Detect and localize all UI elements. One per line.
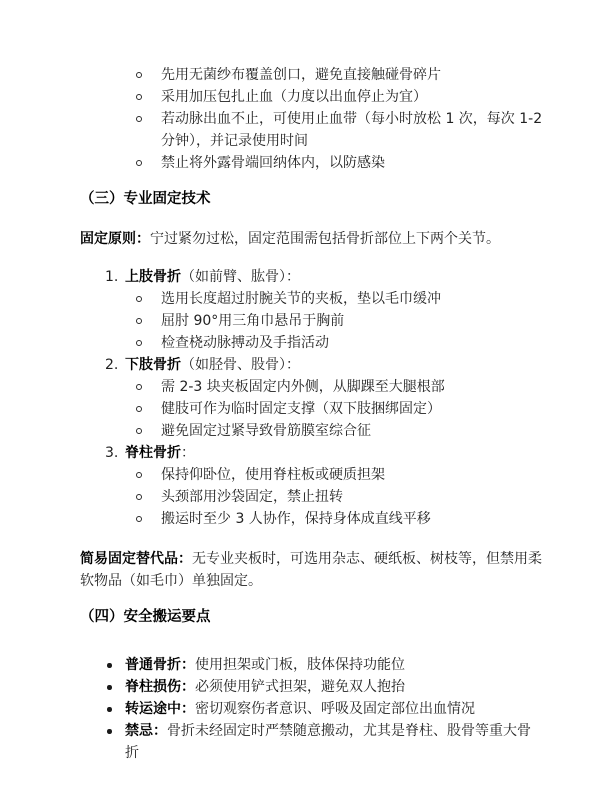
list-item-text: 检查桡动脉搏动及手指活动 <box>161 332 544 354</box>
numbered-item-spine: 3. 脊柱骨折： 保持仰卧位，使用脊柱板或硬质担架 头颈部用沙袋固定，禁止扭转 … <box>80 442 544 530</box>
item-number: 2. <box>105 354 125 376</box>
circle-bullet-icon <box>136 86 161 108</box>
circle-bullet-icon <box>136 332 161 354</box>
disc-bullet-icon <box>107 698 125 720</box>
list-item-text: 搬运时至少 3 人协作，保持身体成直线平移 <box>161 508 544 530</box>
circle-bullet-icon <box>136 464 161 486</box>
item-title-suffix: （如胫骨、股骨）： <box>181 357 300 373</box>
disc-bullet-icon <box>107 720 125 742</box>
list-item-text: 脊柱损伤：必须使用铲式担架，避免双人抱抬 <box>125 676 544 698</box>
circle-bullet-icon <box>136 376 161 398</box>
list-item-text: 需 2-3 块夹板固定内外侧，从脚踝至大腿根部 <box>161 376 544 398</box>
list-item: 屈肘 90°用三角巾悬吊于胸前 <box>80 310 544 332</box>
list-item: 头颈部用沙袋固定，禁止扭转 <box>80 486 544 508</box>
item-title-bold: 脊柱骨折 <box>125 445 181 461</box>
section-heading-fixation: （三）专业固定技术 <box>80 188 544 210</box>
upper-limb-sub-list: 选用长度超过肘腕关节的夹板，垫以毛巾缓冲 屈肘 90°用三角巾悬吊于胸前 检查桡… <box>80 288 544 354</box>
list-item-text: 若动脉出血不止，可使用止血带（每小时放松 1 次，每次 1-2 分钟），并记录使… <box>161 108 544 152</box>
item-number: 3. <box>105 442 125 464</box>
list-item-text: 禁止将外露骨端回纳体内，以防感染 <box>161 152 544 174</box>
list-item-body: 密切观察伤者意识、呼吸及固定部位出血情况 <box>195 701 475 717</box>
list-item-text: 健肢可作为临时固定支撑（双下肢捆绑固定） <box>161 398 544 420</box>
substitute-label: 简易固定替代品： <box>80 551 192 567</box>
list-item: 避免固定过紧导致骨筋膜室综合征 <box>80 420 544 442</box>
list-item: 需 2-3 块夹板固定内外侧，从脚踝至大腿根部 <box>80 376 544 398</box>
list-item-body: 使用担架或门板，肢体保持功能位 <box>195 657 405 673</box>
list-item: 先用无菌纱布覆盖创口，避免直接触碰骨碎片 <box>80 64 544 86</box>
item-title: 脊柱骨折： <box>125 442 544 464</box>
circle-bullet-icon <box>136 310 161 332</box>
list-item: 脊柱损伤：必须使用铲式担架，避免双人抱抬 <box>80 676 544 698</box>
item-title-bold: 上肢骨折 <box>125 269 181 285</box>
list-item: 采用加压包扎止血（力度以出血停止为宜） <box>80 86 544 108</box>
list-item-text: 禁忌：骨折未经固定时严禁随意搬动，尤其是脊柱、股骨等重大骨折 <box>125 720 544 764</box>
fixation-principle-text: 宁过紧勿过松，固定范围需包括骨折部位上下两个关节。 <box>150 231 500 247</box>
list-item: 普通骨折：使用担架或门板，肢体保持功能位 <box>80 654 544 676</box>
numbered-item-upper-limb: 1. 上肢骨折（如前臂、肱骨）： 选用长度超过肘腕关节的夹板，垫以毛巾缓冲 屈肘… <box>80 266 544 354</box>
item-title: 下肢骨折（如胫骨、股骨）： <box>125 354 544 376</box>
item-title-suffix: ： <box>181 445 195 461</box>
numbered-item-heading: 3. 脊柱骨折： <box>80 442 544 464</box>
list-item-text: 转运途中：密切观察伤者意识、呼吸及固定部位出血情况 <box>125 698 544 720</box>
disc-bullet-icon <box>107 654 125 676</box>
transport-bullet-list: 普通骨折：使用担架或门板，肢体保持功能位 脊柱损伤：必须使用铲式担架，避免双人抱… <box>80 654 544 764</box>
list-item-body: 骨折未经固定时严禁随意搬动，尤其是脊柱、股骨等重大骨折 <box>125 723 531 761</box>
list-item-text: 先用无菌纱布覆盖创口，避免直接触碰骨碎片 <box>161 64 544 86</box>
item-title-bold: 下肢骨折 <box>125 357 181 373</box>
list-item-label: 普通骨折： <box>125 657 195 673</box>
circle-bullet-icon <box>136 398 161 420</box>
item-title: 上肢骨折（如前臂、肱骨）： <box>125 266 544 288</box>
fracture-type-list: 1. 上肢骨折（如前臂、肱骨）： 选用长度超过肘腕关节的夹板，垫以毛巾缓冲 屈肘… <box>80 266 544 530</box>
disc-bullet-icon <box>107 676 125 698</box>
numbered-item-heading: 1. 上肢骨折（如前臂、肱骨）： <box>80 266 544 288</box>
list-item: 禁止将外露骨端回纳体内，以防感染 <box>80 152 544 174</box>
fixation-principle-paragraph: 固定原则：宁过紧勿过松，固定范围需包括骨折部位上下两个关节。 <box>80 228 544 250</box>
lower-limb-sub-list: 需 2-3 块夹板固定内外侧，从脚踝至大腿根部 健肢可作为临时固定支撑（双下肢捆… <box>80 376 544 442</box>
list-item: 转运途中：密切观察伤者意识、呼吸及固定部位出血情况 <box>80 698 544 720</box>
circle-bullet-icon <box>136 108 161 130</box>
list-item-label: 脊柱损伤： <box>125 679 195 695</box>
numbered-item-heading: 2. 下肢骨折（如胫骨、股骨）： <box>80 354 544 376</box>
list-item: 搬运时至少 3 人协作，保持身体成直线平移 <box>80 508 544 530</box>
circle-bullet-icon <box>136 64 161 86</box>
list-item-text: 采用加压包扎止血（力度以出血停止为宜） <box>161 86 544 108</box>
list-item-text: 屈肘 90°用三角巾悬吊于胸前 <box>161 310 544 332</box>
list-item: 禁忌：骨折未经固定时严禁随意搬动，尤其是脊柱、股骨等重大骨折 <box>80 720 544 764</box>
list-item-body: 必须使用铲式担架，避免双人抱抬 <box>195 679 405 695</box>
item-number: 1. <box>105 266 125 288</box>
circle-bullet-icon <box>136 486 161 508</box>
fixation-principle-label: 固定原则： <box>80 231 150 247</box>
list-item-text: 普通骨折：使用担架或门板，肢体保持功能位 <box>125 654 544 676</box>
list-item-text: 避免固定过紧导致骨筋膜室综合征 <box>161 420 544 442</box>
list-item-label: 转运途中： <box>125 701 195 717</box>
list-item-text: 保持仰卧位，使用脊柱板或硬质担架 <box>161 464 544 486</box>
numbered-item-lower-limb: 2. 下肢骨折（如胫骨、股骨）： 需 2-3 块夹板固定内外侧，从脚踝至大腿根部… <box>80 354 544 442</box>
list-item: 健肢可作为临时固定支撑（双下肢捆绑固定） <box>80 398 544 420</box>
page-content: 先用无菌纱布覆盖创口，避免直接触碰骨碎片 采用加压包扎止血（力度以出血停止为宜）… <box>80 64 544 764</box>
list-item-text: 选用长度超过肘腕关节的夹板，垫以毛巾缓冲 <box>161 288 544 310</box>
substitute-paragraph: 简易固定替代品：无专业夹板时，可选用杂志、硬纸板、树枝等，但禁用柔软物品（如毛巾… <box>80 548 544 592</box>
list-item: 保持仰卧位，使用脊柱板或硬质担架 <box>80 464 544 486</box>
circle-bullet-icon <box>136 420 161 442</box>
document-page: 先用无菌纱布覆盖创口，避免直接触碰骨碎片 采用加压包扎止血（力度以出血停止为宜）… <box>0 0 612 792</box>
spine-sub-list: 保持仰卧位，使用脊柱板或硬质担架 头颈部用沙袋固定，禁止扭转 搬运时至少 3 人… <box>80 464 544 530</box>
wound-care-bullet-list: 先用无菌纱布覆盖创口，避免直接触碰骨碎片 采用加压包扎止血（力度以出血停止为宜）… <box>80 64 544 174</box>
list-item: 选用长度超过肘腕关节的夹板，垫以毛巾缓冲 <box>80 288 544 310</box>
list-item-text: 头颈部用沙袋固定，禁止扭转 <box>161 486 544 508</box>
list-item-label: 禁忌： <box>125 723 167 739</box>
circle-bullet-icon <box>136 152 161 174</box>
section-heading-transport: （四）安全搬运要点 <box>80 606 544 628</box>
circle-bullet-icon <box>136 288 161 310</box>
list-item: 若动脉出血不止，可使用止血带（每小时放松 1 次，每次 1-2 分钟），并记录使… <box>80 108 544 152</box>
item-title-suffix: （如前臂、肱骨）： <box>181 269 300 285</box>
circle-bullet-icon <box>136 508 161 530</box>
list-item: 检查桡动脉搏动及手指活动 <box>80 332 544 354</box>
